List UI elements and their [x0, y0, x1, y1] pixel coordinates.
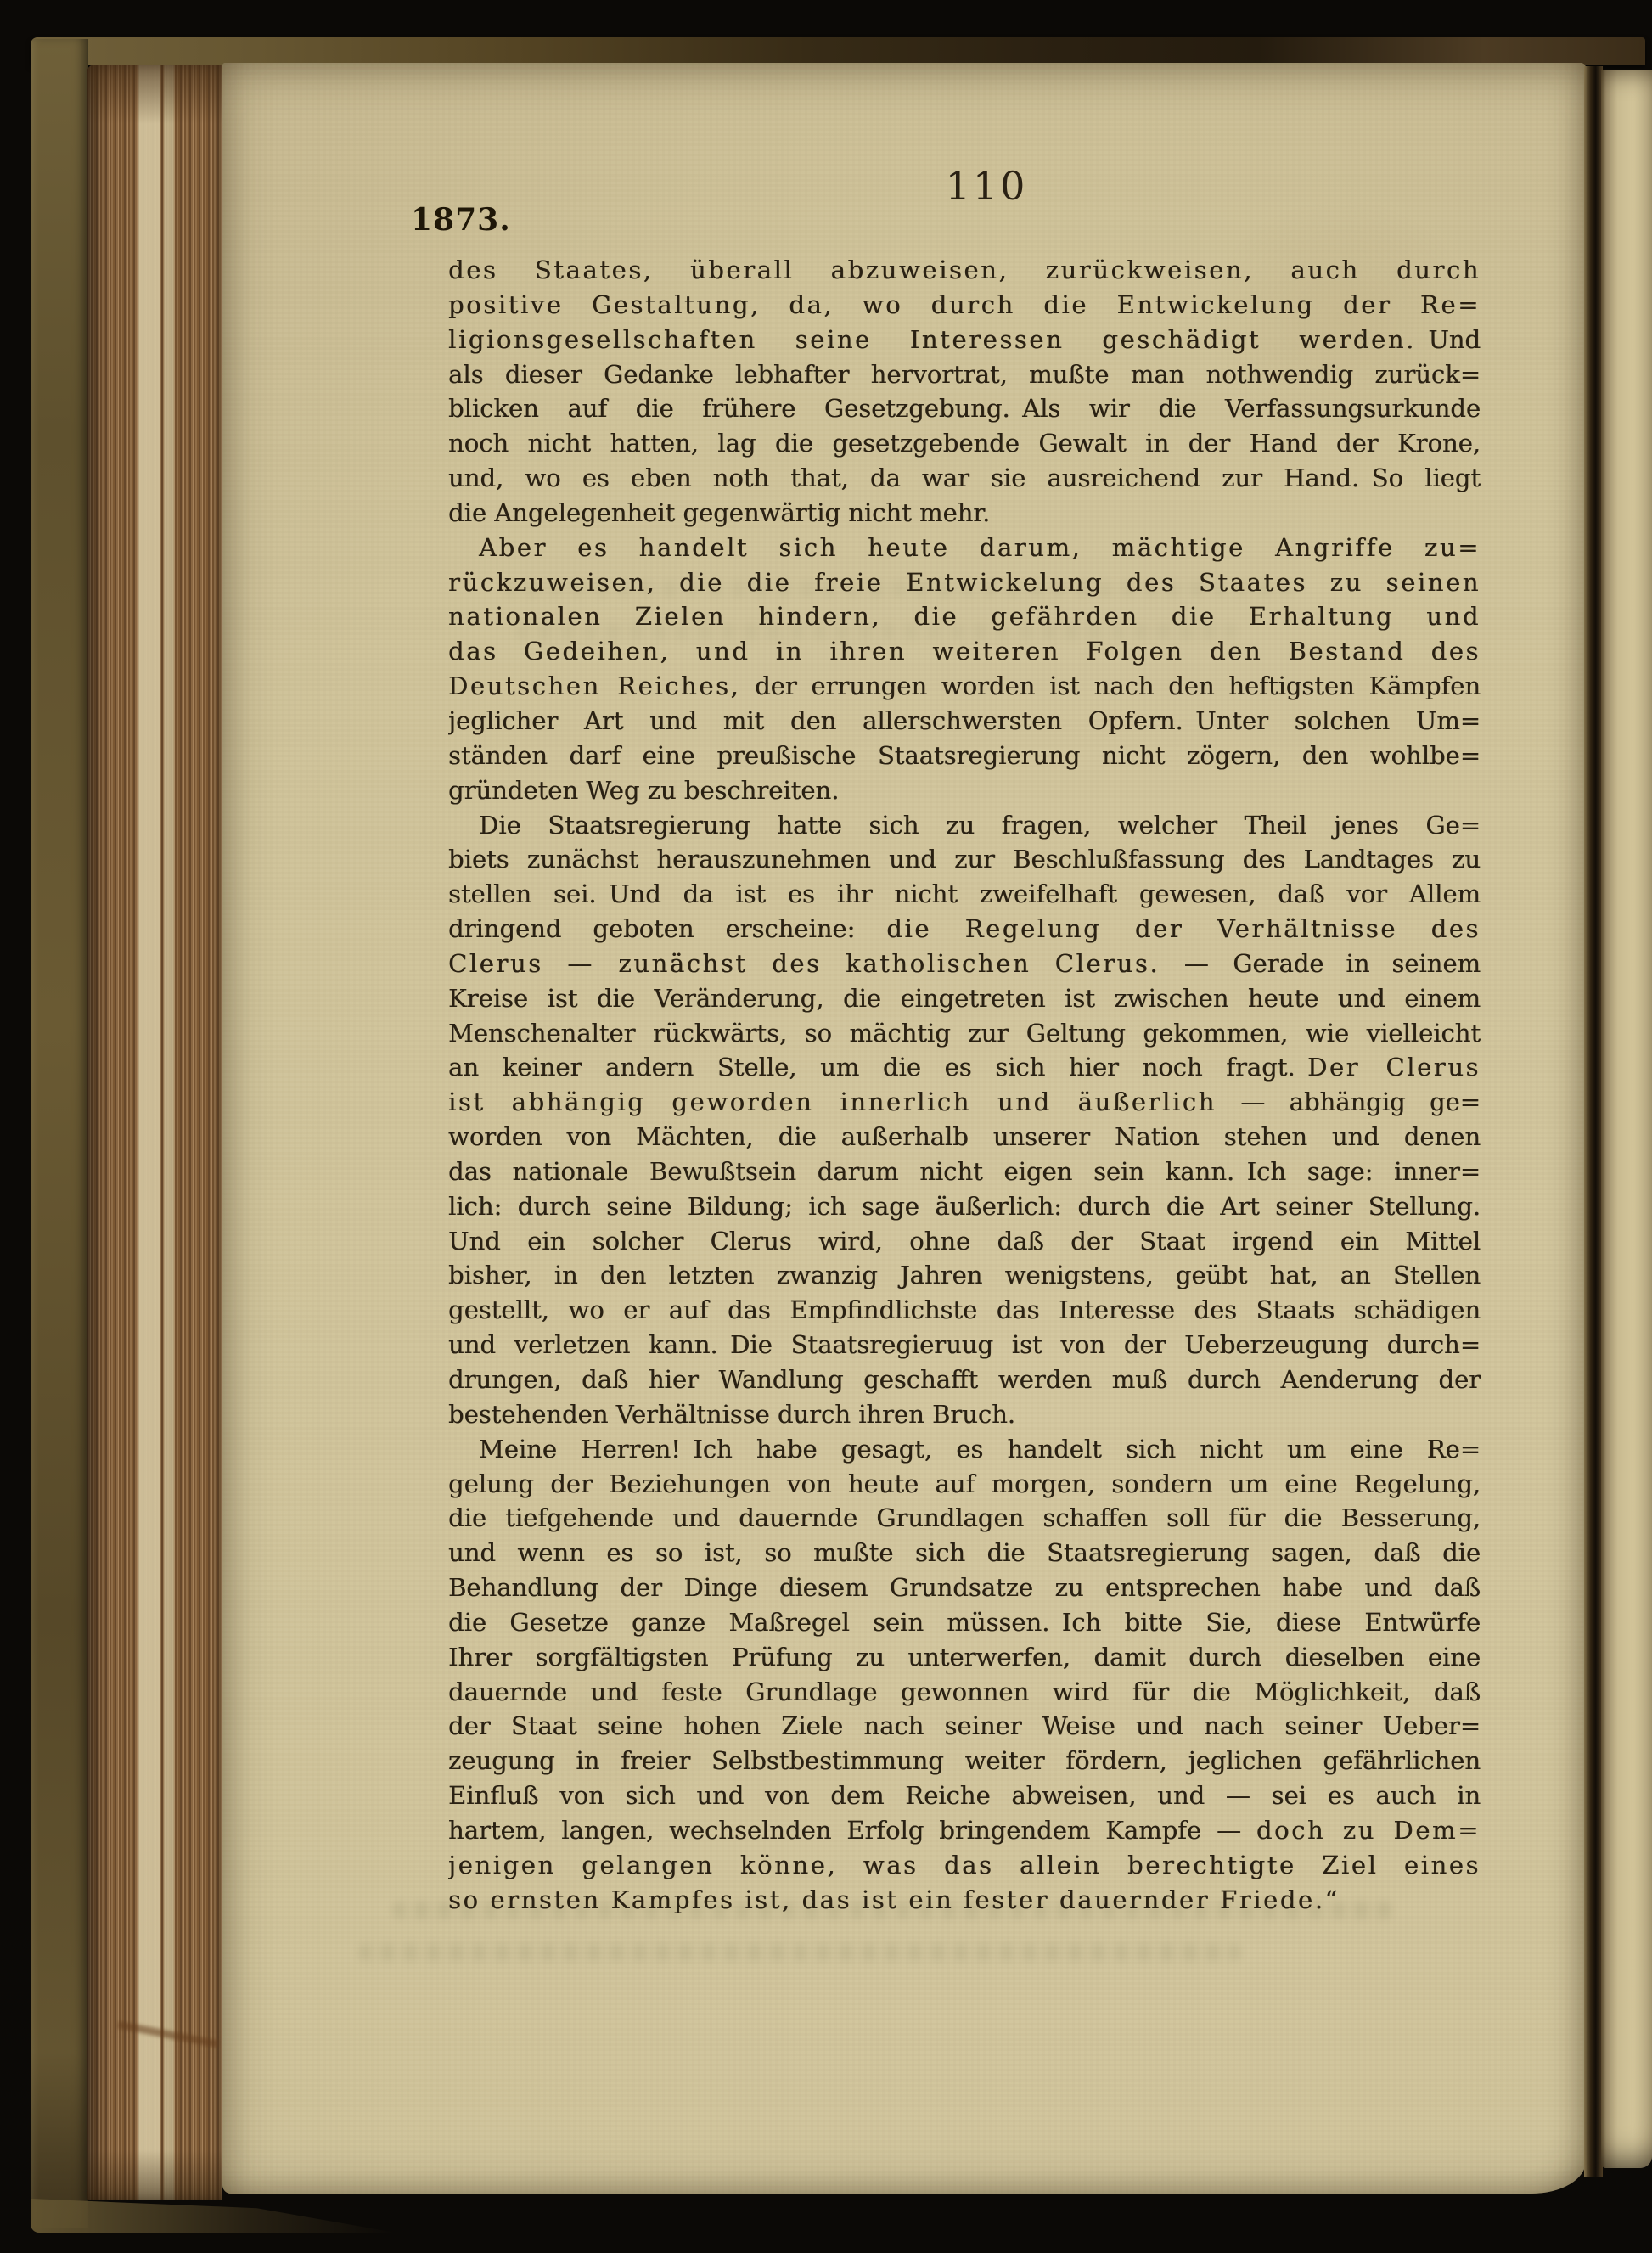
- body-text: die Gesetze ganze Maßregel sein müssen. …: [448, 1608, 1481, 1637]
- text-line: jeglicher Art und mit den allerschwerste…: [448, 704, 1481, 739]
- emphasized-text: ist abhängig geworden innerlich und äuße…: [448, 1087, 1217, 1116]
- text-line: blicken auf die frühere Gesetzgebung. Al…: [448, 391, 1481, 426]
- emphasized-text: Deutschen Reiches,: [448, 671, 740, 700]
- paragraph: Meine Herren! Ich habe gesagt, es handel…: [448, 1432, 1481, 1918]
- text-line: dauernde und feste Grundlage gewonnen wi…: [448, 1675, 1481, 1710]
- body-text: an keiner andern Stelle, um die es sich …: [448, 1053, 1307, 1082]
- body-text: gestellt, wo er auf das Empfindlichste d…: [448, 1295, 1481, 1324]
- body-text: der errungen worden ist nach den heftigs…: [740, 671, 1481, 700]
- text-line: biets zunächst herauszunehmen und zur Be…: [448, 842, 1481, 877]
- body-text: bisher, in den letzten zwanzig Jahren we…: [448, 1261, 1481, 1289]
- text-line: bestehenden Verhältnisse durch ihren Bru…: [448, 1397, 1481, 1432]
- text-line: das Gedeihen, und in ihren weiteren Folg…: [448, 634, 1481, 669]
- emphasized-text: Aber es handelt sich heute darum, mächti…: [479, 533, 1481, 562]
- paragraph: Die Staatsregierung hatte sich zu fragen…: [448, 808, 1481, 1432]
- body-text: und verletzen kann. Die Staatsregieruug …: [448, 1330, 1481, 1359]
- text-line: lich: durch seine Bildung; ich sage äuße…: [448, 1189, 1481, 1224]
- body-text: Ihrer sorgfältigsten Prüfung zu unterwer…: [448, 1643, 1481, 1671]
- body-text: Einfluß von sich und von dem Reiche abwe…: [448, 1781, 1481, 1810]
- emphasized-text: das Gedeihen, und in ihren weiteren Folg…: [448, 637, 1481, 666]
- text-line: rückzuweisen, die die freie Entwickelung…: [448, 565, 1481, 600]
- body-text: drungen, daß hier Wandlung geschafft wer…: [448, 1365, 1481, 1394]
- text-line: Ihrer sorgfältigsten Prüfung zu unterwer…: [448, 1640, 1481, 1675]
- text-line: so ernsten Kampfes ist, das ist ein fest…: [448, 1883, 1481, 1918]
- body-text: Kreise ist die Veränderung, die eingetre…: [448, 984, 1481, 1013]
- text-line: Einfluß von sich und von dem Reiche abwe…: [448, 1778, 1481, 1813]
- emphasized-text: rückzuweisen, die die freie Entwickelung…: [448, 568, 1481, 597]
- body-text: gelung der Beziehungen von heute auf mor…: [448, 1469, 1481, 1498]
- body-text: Menschenalter rückwärts, so mächtig zur …: [448, 1019, 1481, 1048]
- book-page: 110 1873. des Staates, überall abzuweise…: [222, 63, 1586, 2194]
- body-text: Behandlung der Dinge diesem Grundsatze z…: [448, 1573, 1481, 1602]
- body-text: Meine Herren! Ich habe gesagt, es handel…: [479, 1435, 1481, 1464]
- book-cover-left-edge: [31, 39, 88, 2228]
- book-cover-bottom-edge: [31, 2199, 396, 2233]
- text-line: und wenn es so ist, so mußte sich die St…: [448, 1536, 1481, 1570]
- text-line: zeugung in freier Selbstbestimmung weite…: [448, 1744, 1481, 1778]
- emphasized-text: Clerus — zunächst des katholischen Cleru…: [448, 949, 1211, 978]
- text-line: die tiefgehende und dauernde Grundlagen …: [448, 1501, 1481, 1536]
- text-line: nationalen Zielen hindern, die gefährden…: [448, 599, 1481, 634]
- text-line: worden von Mächten, die außerhalb unsere…: [448, 1120, 1481, 1155]
- body-text: die Angelegenheit gegenwärtig nicht mehr…: [448, 498, 990, 527]
- text-line: Kreise ist die Veränderung, die eingetre…: [448, 981, 1481, 1016]
- body-text: noch nicht hatten, lag die gesetzgebende…: [448, 429, 1481, 458]
- body-text: Die Staatsregierung hatte sich zu fragen…: [479, 811, 1481, 840]
- body-text: gründeten Weg zu beschreiten.: [448, 776, 839, 805]
- body-text: Und: [1416, 325, 1481, 354]
- body-text: ständen darf eine preußische Staatsregie…: [448, 741, 1481, 770]
- emphasized-text: des Staates, überall abzuweisen, zurückw…: [448, 256, 1481, 284]
- text-line: des Staates, überall abzuweisen, zurückw…: [448, 253, 1481, 288]
- paragraph: des Staates, überall abzuweisen, zurückw…: [448, 253, 1481, 531]
- text-line: ist abhängig geworden innerlich und äuße…: [448, 1085, 1481, 1120]
- body-text: jeglicher Art und mit den allerschwerste…: [448, 706, 1481, 735]
- emphasized-text: so ernsten Kampfes ist, das ist ein fest…: [448, 1885, 1340, 1914]
- paragraph: Aber es handelt sich heute darum, mächti…: [448, 531, 1481, 808]
- text-line: und, wo es eben noth that, da war sie au…: [448, 461, 1481, 496]
- body-text: Gerade in seinem: [1211, 949, 1481, 978]
- page-text: des Staates, überall abzuweisen, zurückw…: [448, 253, 1481, 1918]
- text-line: positive Gestaltung, da, wo durch die En…: [448, 288, 1481, 323]
- emphasized-text: Der Clerus: [1307, 1053, 1481, 1082]
- emphasized-text: jenigen gelangen könne, was das allein b…: [448, 1851, 1481, 1879]
- text-line: das nationale Bewußtsein darum nicht eig…: [448, 1155, 1481, 1189]
- emphasized-text: die Regelung der Verhältnisse des: [886, 914, 1481, 943]
- body-text: dringend geboten erscheine:: [448, 914, 886, 943]
- text-line: stellen sei. Und da ist es ihr nicht zwe…: [448, 877, 1481, 912]
- page-number: 110: [876, 163, 1097, 209]
- text-line: gelung der Beziehungen von heute auf mor…: [448, 1467, 1481, 1502]
- text-line: Meine Herren! Ich habe gesagt, es handel…: [448, 1432, 1481, 1467]
- text-line: gründeten Weg zu beschreiten.: [448, 773, 1481, 808]
- body-text: als dieser Gedanke lebhafter hervortrat,…: [448, 360, 1481, 389]
- text-line: Und ein solcher Clerus wird, ohne daß de…: [448, 1224, 1481, 1259]
- body-text: stellen sei. Und da ist es ihr nicht zwe…: [448, 879, 1481, 908]
- text-line: dringend geboten erscheine: die Regelung…: [448, 912, 1481, 947]
- body-text: zeugung in freier Selbstbestimmung weite…: [448, 1746, 1481, 1775]
- text-line: Behandlung der Dinge diesem Grundsatze z…: [448, 1570, 1481, 1605]
- emphasized-text: ligionsgesellschaften seine Interessen g…: [448, 325, 1416, 354]
- emphasized-text: positive Gestaltung, da, wo durch die En…: [448, 290, 1481, 319]
- body-text: dauernde und feste Grundlage gewonnen wi…: [448, 1677, 1481, 1706]
- emphasized-text: doch zu Dem=: [1256, 1816, 1481, 1845]
- text-line: die Angelegenheit gegenwärtig nicht mehr…: [448, 496, 1481, 531]
- text-line: hartem, langen, wechselnden Erfolg bring…: [448, 1813, 1481, 1848]
- body-text: — abhängig ge=: [1217, 1087, 1481, 1116]
- emphasized-text: nationalen Zielen hindern, die gefährden…: [448, 602, 1481, 631]
- text-line: Aber es handelt sich heute darum, mächti…: [448, 531, 1481, 565]
- page-stack-edges-right: [1601, 70, 1652, 2168]
- verso-showthrough: [358, 1944, 1241, 1961]
- body-text: das nationale Bewußtsein darum nicht eig…: [448, 1157, 1481, 1186]
- text-line: der Staat seine hohen Ziele nach seiner …: [448, 1709, 1481, 1744]
- body-text: worden von Mächten, die außerhalb unsere…: [448, 1122, 1481, 1151]
- page-stack-edges-left: [87, 65, 222, 2200]
- body-text: hartem, langen, wechselnden Erfolg bring…: [448, 1816, 1256, 1845]
- body-text: Und ein solcher Clerus wird, ohne daß de…: [448, 1227, 1481, 1256]
- text-line: ligionsgesellschaften seine Interessen g…: [448, 323, 1481, 357]
- year-margin-label: 1873.: [411, 202, 511, 238]
- text-line: und verletzen kann. Die Staatsregieruug …: [448, 1328, 1481, 1362]
- body-text: der Staat seine hohen Ziele nach seiner …: [448, 1711, 1481, 1740]
- body-text: biets zunächst herauszunehmen und zur Be…: [448, 845, 1481, 874]
- text-line: jenigen gelangen könne, was das allein b…: [448, 1848, 1481, 1883]
- body-text: und, wo es eben noth that, da war sie au…: [448, 464, 1481, 492]
- body-text: lich: durch seine Bildung; ich sage äuße…: [448, 1192, 1481, 1221]
- text-line: Deutschen Reiches, der errungen worden i…: [448, 669, 1481, 704]
- text-line: bisher, in den letzten zwanzig Jahren we…: [448, 1258, 1481, 1293]
- text-line: Clerus — zunächst des katholischen Cleru…: [448, 947, 1481, 981]
- book-cover-top-edge: [31, 37, 1645, 65]
- text-line: Die Staatsregierung hatte sich zu fragen…: [448, 808, 1481, 843]
- text-line: Menschenalter rückwärts, so mächtig zur …: [448, 1016, 1481, 1051]
- body-text: blicken auf die frühere Gesetzgebung. Al…: [448, 394, 1481, 423]
- text-line: noch nicht hatten, lag die gesetzgebende…: [448, 426, 1481, 461]
- text-line: ständen darf eine preußische Staatsregie…: [448, 739, 1481, 773]
- body-text: die tiefgehende und dauernde Grundlagen …: [448, 1503, 1481, 1532]
- body-text: und wenn es so ist, so mußte sich die St…: [448, 1538, 1481, 1567]
- text-line: gestellt, wo er auf das Empfindlichste d…: [448, 1293, 1481, 1328]
- text-line: die Gesetze ganze Maßregel sein müssen. …: [448, 1605, 1481, 1640]
- text-line: drungen, daß hier Wandlung geschafft wer…: [448, 1362, 1481, 1397]
- body-text: bestehenden Verhältnisse durch ihren Bru…: [448, 1400, 1015, 1429]
- text-line: an keiner andern Stelle, um die es sich …: [448, 1050, 1481, 1085]
- text-line: als dieser Gedanke lebhafter hervortrat,…: [448, 357, 1481, 392]
- photo-background: { "colors":{ "bg":"#0b0906", "paper":"#d…: [0, 0, 1652, 2253]
- page-gap-crease: [1584, 66, 1603, 2177]
